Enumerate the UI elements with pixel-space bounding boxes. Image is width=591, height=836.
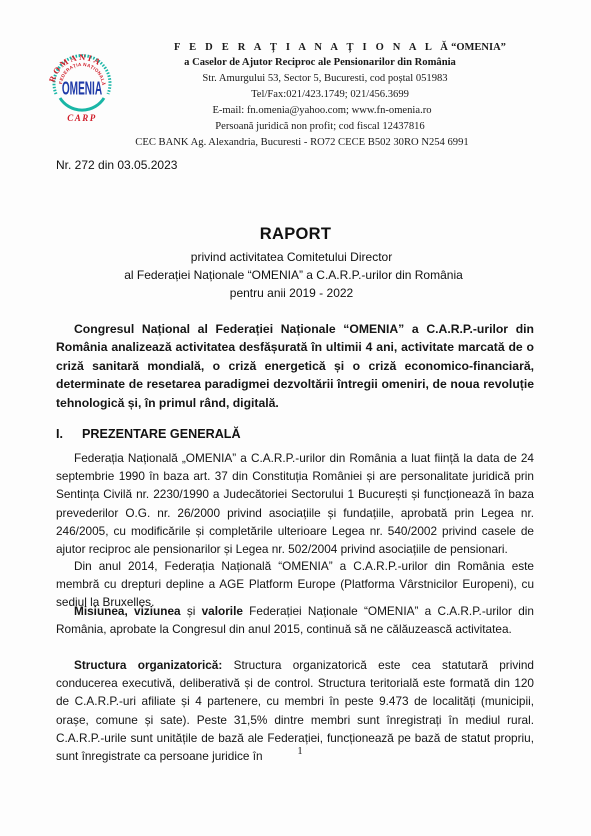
section-number: I. [56, 427, 82, 441]
omenia-logo-icon: ROMANIA FEDERAȚIA NAȚIONALĂ OMENIA CARP [48, 44, 116, 126]
intro-paragraph: Congresul Național al Federației Naționa… [56, 320, 534, 412]
paragraph-mission: Misiunea, viziunea și valorile Federație… [56, 602, 534, 638]
org-address: Str. Amurgului 53, Sector 5, Bucuresti, … [145, 71, 505, 86]
report-title: RAPORT [0, 225, 591, 244]
svg-text:CARP: CARP [67, 113, 97, 123]
document-number: Nr. 272 din 03.05.2023 [56, 158, 177, 172]
org-bank: CEC BANK Ag. Alexandria, Bucuresti - RO7… [92, 135, 512, 150]
page-number: 1 [0, 746, 591, 757]
report-subtitle-line: pentru anii 2019 - 2022 [0, 286, 587, 300]
org-phone: Tel/Fax:021/423.1749; 021/456.3699 [150, 87, 510, 102]
section-heading: I.PREZENTARE GENERALĂ [56, 427, 241, 441]
paragraph-founding: Federația Națională „OMENIA” a C.A.R.P.-… [56, 449, 534, 558]
org-email: E-mail: fn.omenia@yahoo.com; www.fn-omen… [142, 103, 502, 118]
section-title: PREZENTARE GENERALĂ [82, 427, 241, 441]
org-subtitle: a Caselor de Ajutor Reciproc ale Pension… [140, 55, 500, 70]
report-subtitle-line: privind activitatea Comitetului Director [0, 250, 587, 264]
report-subtitle-line: al Federației Naționale “OMENIA” a C.A.R… [0, 268, 589, 282]
document-page: ROMANIA FEDERAȚIA NAȚIONALĂ OMENIA CARP … [0, 0, 591, 836]
org-legal: Persoană juridică non profit; cod fiscal… [140, 119, 500, 134]
org-name: F E D E R A Ț I A N A Ț I O N A L Ă“OMEN… [150, 40, 530, 55]
svg-text:OMENIA: OMENIA [62, 78, 102, 99]
